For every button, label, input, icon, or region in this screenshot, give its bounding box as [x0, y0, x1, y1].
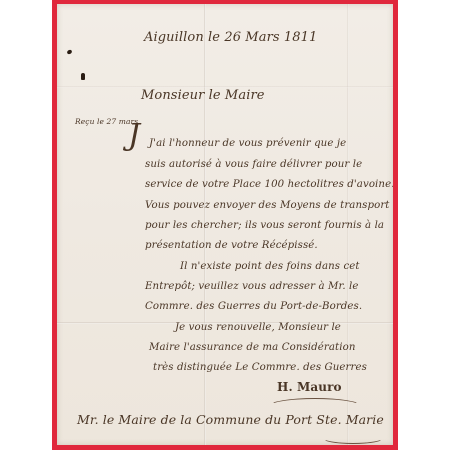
- decorative-initial: J: [128, 118, 140, 153]
- body-line-5: pour les chercher; ils vous seront fourn…: [145, 220, 384, 231]
- body-line-7: Il n'existe point des foins dans cet: [180, 261, 360, 272]
- body-line-10: Je vous renouvelle, Monsieur le: [175, 322, 341, 333]
- body-line-3: service de votre Place 100 hectolitres d…: [145, 179, 393, 190]
- body-line-2: suis autorisé à vous faire délivrer pour…: [145, 159, 362, 170]
- body-line-4: Vous pouvez envoyer des Moyens de transp…: [145, 200, 390, 211]
- body-line-1: J'ai l'honneur de vous prévenir que je: [149, 138, 346, 149]
- salutation: Monsieur le Maire: [141, 88, 265, 103]
- signature: H. Mauro: [277, 380, 342, 394]
- ink-blot-hole: [81, 73, 85, 80]
- body-line-6: présentation de votre Récépissé.: [145, 240, 318, 251]
- address-line: Mr. le Maire de la Commune du Port Ste. …: [77, 412, 384, 427]
- address-flourish: [322, 432, 384, 444]
- body-line-11: Maire l'assurance de ma Considération: [149, 342, 356, 353]
- body-line-12: très distinguée Le Commre. des Guerres: [153, 362, 367, 373]
- ink-blot: [66, 49, 72, 55]
- body-line-8: Entrepôt; veuillez vous adresser à Mr. l…: [145, 281, 359, 292]
- body-line-9: Commre. des Guerres du Port-de-Bordes.: [145, 301, 362, 312]
- dateline: Aiguillon le 26 Mars 1811: [144, 30, 317, 45]
- letter-sheet: Aiguillon le 26 Mars 1811 Monsieur le Ma…: [57, 4, 393, 445]
